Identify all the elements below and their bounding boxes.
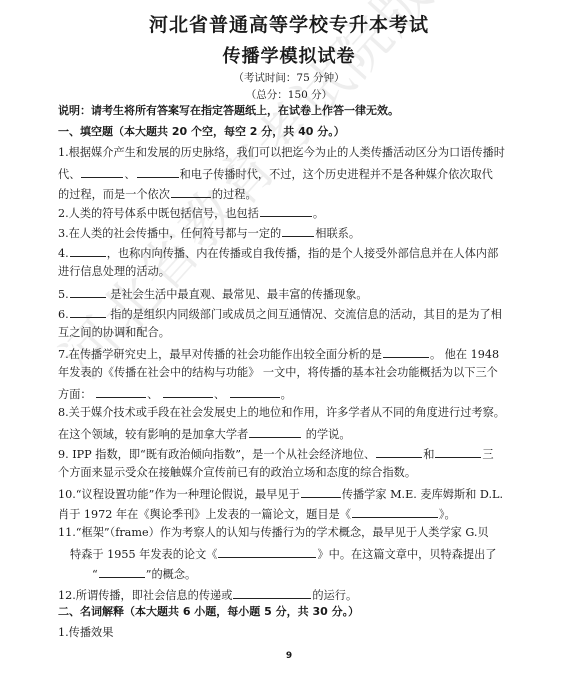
q1-line3: 的过程，而是一个依次的过程。: [58, 186, 538, 202]
answer-blank[interactable]: [435, 446, 481, 458]
answer-blank[interactable]: [81, 166, 123, 178]
q10-line2: 肖于 1972 年在《舆论季刊》上发表的一篇论文，题目是《》。: [58, 506, 538, 522]
answer-blank[interactable]: [260, 205, 312, 217]
q4-line1: 4.，也称内向传播、内在传播或自我传播，指的是个人接受外部信息并在人体内部: [58, 245, 538, 261]
q3: 3.在人类的社会传播中，任何符号都与一定的相联系。: [58, 225, 538, 241]
answer-blank[interactable]: [99, 566, 145, 578]
q9-line2: 个方面来显示受众在接触媒介宣传前已有的政治立场和态度的综合指数。: [58, 466, 538, 480]
answer-blank[interactable]: [70, 245, 106, 257]
exam-title: 河北省普通高等学校专升本考试: [0, 10, 578, 37]
answer-blank[interactable]: [249, 426, 301, 438]
q11-line3: “”的概念。: [92, 566, 572, 582]
answer-blank[interactable]: [163, 386, 213, 398]
answer-blank[interactable]: [230, 386, 280, 398]
q1-line1: 1.根据媒介产生和发展的历史脉络，我们可以把迄今为止的人类传播活动区分为口语传播…: [58, 146, 538, 160]
exam-subtitle: 传播学模拟试卷: [0, 42, 578, 68]
answer-blank[interactable]: [70, 306, 106, 318]
instructions: 说明：请考生将所有答案写在指定答题纸上，在试卷上作答一律无效。: [58, 104, 538, 118]
page-number: 9: [0, 651, 578, 661]
answer-blank[interactable]: [137, 166, 179, 178]
q6-line2: 互之间的协调和配合。: [58, 326, 538, 340]
answer-blank[interactable]: [233, 587, 311, 599]
section1-heading: 一、填空题（本大题共 20 个空，每空 2 分，共 40 分。）: [58, 125, 538, 139]
q7-line1: 7.在传播学研究史上，最早对传播的社会功能作出较全面分析的是。 他在 1948: [58, 346, 538, 362]
total-score: （总分：150 分）: [0, 87, 578, 102]
answer-blank[interactable]: [218, 546, 316, 558]
q8-line2: 在这个领域，较有影响的是加拿大学者 的学说。: [58, 426, 538, 442]
q11-line1: 11.“框架”（frame）作为考察人的认知与传播行为的学术概念，最早见于人类学…: [58, 526, 538, 540]
answer-blank[interactable]: [376, 446, 422, 458]
answer-blank[interactable]: [70, 286, 106, 298]
q2: 2.人类的符号体系中既包括信号，也包括。: [58, 205, 538, 221]
answer-blank[interactable]: [96, 386, 146, 398]
exam-page: 河北省教育考试院版权所有 河北省普通高等学校专升本考试 传播学模拟试卷 （考试时…: [0, 0, 578, 682]
q4-line2: 进行信息处理的活动。: [58, 265, 538, 279]
q10-line1: 10.“议程设置功能”作为一种理论假说，最早见于传播学家 M.E. 麦库姆斯和 …: [58, 486, 538, 502]
answer-blank[interactable]: [282, 225, 314, 237]
q7-line2: 年发表的《传播在社会中的结构与功能》 一文中，将传播的基本社会功能概括为以下三个: [58, 366, 538, 380]
q11-line2: 特森于 1955 年发表的论文《》中。在这篇文章中，贝特森提出了: [70, 546, 550, 562]
q1-line2: 代、、和电子传播时代，不过，这个历史进程并不是各种媒介依次取代: [58, 166, 538, 182]
q12: 12.所谓传播，即社会信息的传递或的运行。: [58, 587, 538, 603]
q5: 5. 是社会生活中最直观、最常见、最丰富的传播现象。: [58, 286, 538, 302]
answer-blank[interactable]: [383, 346, 429, 358]
q9-line1: 9. IPP 指数，即“既有政治倾向指数”，是一个从社会经济地位、和三: [58, 446, 538, 462]
section2-q1: 1.传播效果: [58, 626, 538, 640]
q6-line1: 6. 指的是组织内同级部门或成员之间互通情况、交流信息的活动，其目的是为了相: [58, 306, 538, 322]
answer-blank[interactable]: [352, 506, 438, 518]
exam-time: （考试时间：75 分钟）: [0, 70, 578, 85]
answer-blank[interactable]: [301, 486, 341, 498]
answer-blank[interactable]: [171, 186, 211, 198]
q8-line1: 8.关于媒介技术或手段在社会发展史上的地位和作用，许多学者从不同的角度进行过考察…: [58, 406, 538, 420]
section2-heading: 二、名词解释（本大题共 6 小题，每小题 5 分，共 30 分。）: [58, 605, 538, 619]
q7-line3: 方面： 、 、 。: [58, 386, 538, 402]
